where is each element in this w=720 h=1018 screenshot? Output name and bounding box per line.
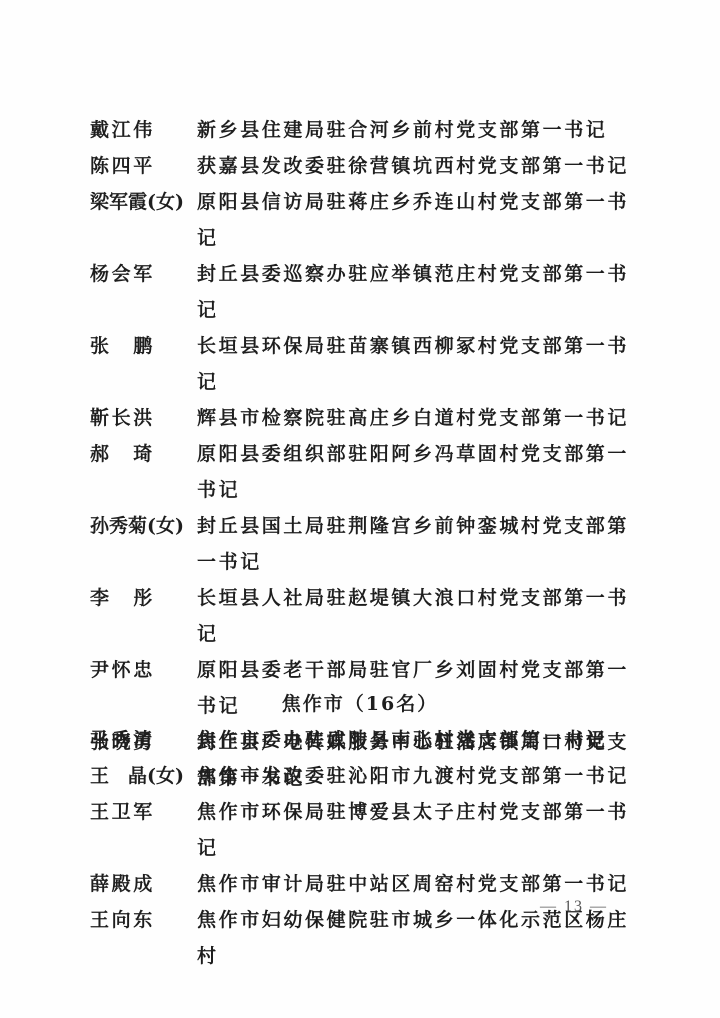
person-name: 陈四平 — [90, 148, 197, 184]
position-description: 长垣县环保局驻苗寨镇西柳冢村党支部第一书记 — [197, 328, 630, 400]
list-item: 陈四平 获嘉县发改委驻徐营镇坑西村党支部第一书记 — [90, 148, 630, 184]
person-name: 张 鹏 — [90, 328, 197, 364]
position-description: 新乡县住建局驻合河乡前村党支部第一书记 — [197, 112, 630, 148]
person-name: 王卫军 — [90, 794, 197, 830]
position-description: 长垣县人社局驻赵堤镇大浪口村党支部第一书记 — [197, 580, 630, 652]
list-item: 梁军霞(女) 原阳县信访局驻蒋庄乡乔连山村党支部第一书记 — [90, 184, 630, 256]
list-item: 王 晶(女) 焦作市发改委驻沁阳市九渡村党支部第一书记 — [90, 758, 630, 794]
position-description: 辉县市检察院驻高庄乡白道村党支部第一书记 — [197, 400, 630, 436]
list-item: 戴江伟 新乡县住建局驻合河乡前村党支部第一书记 — [90, 112, 630, 148]
person-name: 梁军霞(女) — [90, 184, 197, 220]
page-number: — 13 — — [540, 898, 608, 916]
jiaozuo-list: 马秀清 焦作市委办驻武陟县南张村党支部第一书记 王 晶(女) 焦作市发改委驻沁阳… — [90, 722, 630, 974]
person-name: 孙秀菊(女) — [90, 508, 197, 544]
person-name: 王 晶(女) — [90, 758, 197, 794]
list-item: 李 彤 长垣县人社局驻赵堤镇大浪口村党支部第一书记 — [90, 580, 630, 652]
position-description: 获嘉县发改委驻徐营镇坑西村党支部第一书记 — [197, 148, 630, 184]
list-item: 孙秀菊(女) 封丘县国土局驻荆隆宫乡前钟銮城村党支部第一书记 — [90, 508, 630, 580]
person-name: 薛殿成 — [90, 866, 197, 902]
list-item: 靳长洪 辉县市检察院驻高庄乡白道村党支部第一书记 — [90, 400, 630, 436]
person-name: 李 彤 — [90, 580, 197, 616]
person-name: 靳长洪 — [90, 400, 197, 436]
document-page: 戴江伟 新乡县住建局驻合河乡前村党支部第一书记 陈四平 获嘉县发改委驻徐营镇坑西… — [0, 0, 720, 1018]
list-item: 张 鹏 长垣县环保局驻苗寨镇西柳冢村党支部第一书记 — [90, 328, 630, 400]
position-description: 原阳县信访局驻蒋庄乡乔连山村党支部第一书记 — [197, 184, 630, 256]
position-description: 焦作市审计局驻中站区周窑村党支部第一书记 — [197, 866, 630, 902]
section-heading-jiaozuo: 焦作市（16名） — [0, 686, 720, 722]
list-item: 杨会军 封丘县委巡察办驻应举镇范庄村党支部第一书记 — [90, 256, 630, 328]
person-name: 郝 琦 — [90, 436, 197, 472]
position-description: 封丘县国土局驻荆隆宫乡前钟銮城村党支部第一书记 — [197, 508, 630, 580]
list-item: 王卫军 焦作市环保局驻博爱县太子庄村党支部第一书记 — [90, 794, 630, 866]
position-description: 焦作市环保局驻博爱县太子庄村党支部第一书记 — [197, 794, 630, 866]
person-name: 马秀清 — [90, 722, 197, 758]
list-item: 郝 琦 原阳县委组织部驻阳阿乡冯草固村党支部第一书记 — [90, 436, 630, 508]
person-name: 杨会军 — [90, 256, 197, 292]
position-description: 封丘县委巡察办驻应举镇范庄村党支部第一书记 — [197, 256, 630, 328]
list-item: 马秀清 焦作市委办驻武陟县南张村党支部第一书记 — [90, 722, 630, 758]
position-description: 原阳县委组织部驻阳阿乡冯草固村党支部第一书记 — [197, 436, 630, 508]
position-description: 焦作市委办驻武陟县南张村党支部第一书记 — [197, 722, 630, 758]
person-name: 王向东 — [90, 902, 197, 938]
person-name: 尹怀忠 — [90, 652, 197, 688]
person-name: 戴江伟 — [90, 112, 197, 148]
position-description: 焦作市发改委驻沁阳市九渡村党支部第一书记 — [197, 758, 630, 794]
list-item: 薛殿成 焦作市审计局驻中站区周窑村党支部第一书记 — [90, 866, 630, 902]
